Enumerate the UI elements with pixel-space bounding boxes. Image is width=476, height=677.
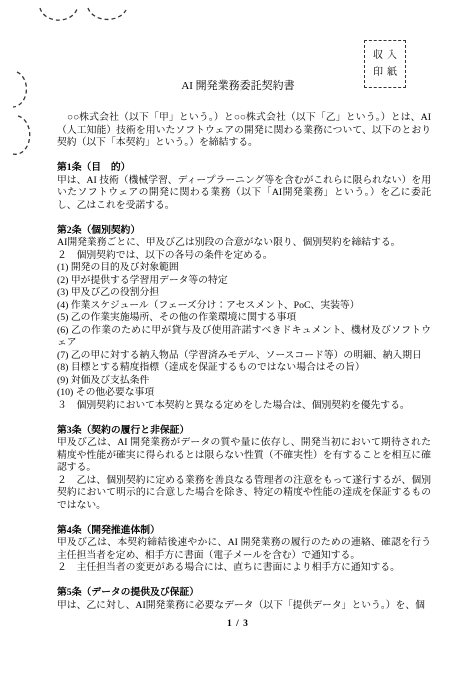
binding-hole-mark-left-2 [13,116,30,154]
article-paragraph: (2) 甲が提供する学習用データ等の特定 [57,275,431,288]
article-paragraph: (10) その他必要な事項 [57,387,431,400]
article-paragraph: 甲は、乙に対し、AI開発業務に必要なデータ（以下「提供データ」という。）を、個 [57,600,431,613]
articles: 第1条（目 的）甲は、AI 技術（機械学習、ディープラーニング等を含むがこれらに… [57,162,431,612]
preamble-paragraph: ○○株式会社（以下「甲」という。）と○○株式会社（以下「乙」という。）とは、AI… [57,112,431,150]
page-number: 1 / 3 [0,619,476,629]
article-paragraph: ２ 乙は、個別契約に定める業務を善良なる管理者の注意をもって遂行するが、個別契約… [57,475,431,513]
article-paragraph: ３ 個別契約において本契約と異なる定めをした場合は、個別契約を優先する。 [57,400,431,413]
binding-hole-mark-top-left-2 [88,8,126,19]
article-paragraph: 甲及び乙は、AI 開発業務がデータの質や量に依存し、開発当初において期待された精… [57,437,431,475]
article-paragraph: ２ 主任担当者の変更がある場合には、直ちに書面により相手方に通知する。 [57,562,431,575]
article-paragraph: (7) 乙の甲に対する納入物品（学習済みモデル、ソースコード等）の明細、納入期日 [57,350,431,363]
article-heading: 第1条（目 的） [57,162,431,175]
article-heading: 第2条（個別契約） [57,225,431,238]
article-paragraph: (6) 乙の作業のために甲が貸与及び使用許諾すべきドキュメント、機材及びソフトウ… [57,325,431,350]
article-paragraph: (3) 甲及び乙の役割分担 [57,287,431,300]
article-heading: 第5条（データの提供及び保証） [57,587,431,600]
article-paragraph: AI開発業務ごとに、甲及び乙は別段の合意がない限り、個別契約を締結する。 [57,237,431,250]
article-section: 第5条（データの提供及び保証）甲は、乙に対し、AI開発業務に必要なデータ（以下「… [57,587,431,612]
document-body: ○○株式会社（以下「甲」という。）と○○株式会社（以下「乙」という。）とは、AI… [57,112,431,612]
document-title: AI 開発業務委託契約書 [0,80,476,93]
binding-hole-mark-top-left-1 [40,8,77,20]
article-section: 第2条（個別契約）AI開発業務ごとに、甲及び乙は別段の合意がない限り、個別契約を… [57,225,431,413]
article-paragraph: (9) 対価及び支払条件 [57,375,431,388]
article-paragraph: (4) 作業スケジュール（フェーズ分け：アセスメント、PoC、実装等） [57,300,431,313]
contract-page: { "document": { "title": "AI 開発業務委託契約書",… [0,0,476,677]
article-paragraph: 甲及び乙は、本契約締結後速やかに、AI 開発業務の履行のための連絡、確認を行う主… [57,537,431,562]
article-paragraph: (5) 乙の作業実施場所、その他の作業環境に関する事項 [57,312,431,325]
article-paragraph: 甲は、AI 技術（機械学習、ディープラーニング等を含むがこれらに限られない）を用… [57,175,431,213]
article-paragraph: (8) 目標とする精度指標（達成を保証するものではない場合はその旨） [57,362,431,375]
article-heading: 第3条（契約の履行と非保証） [57,425,431,438]
article-paragraph: ２ 個別契約では、以下の各号の条件を定める。 [57,250,431,263]
article-section: 第4条（開発推進体制）甲及び乙は、本契約締結後速やかに、AI 開発業務の履行のた… [57,525,431,575]
article-section: 第1条（目 的）甲は、AI 技術（機械学習、ディープラーニング等を含むがこれらに… [57,162,431,212]
article-paragraph: (1) 開発の目的及び対象範囲 [57,262,431,275]
article-heading: 第4条（開発推進体制） [57,525,431,538]
revenue-stamp-label-line2: 印紙 [373,68,401,78]
revenue-stamp-label-line1: 収入 [373,51,401,61]
article-section: 第3条（契約の履行と非保証）甲及び乙は、AI 開発業務がデータの質や量に依存し、… [57,425,431,513]
